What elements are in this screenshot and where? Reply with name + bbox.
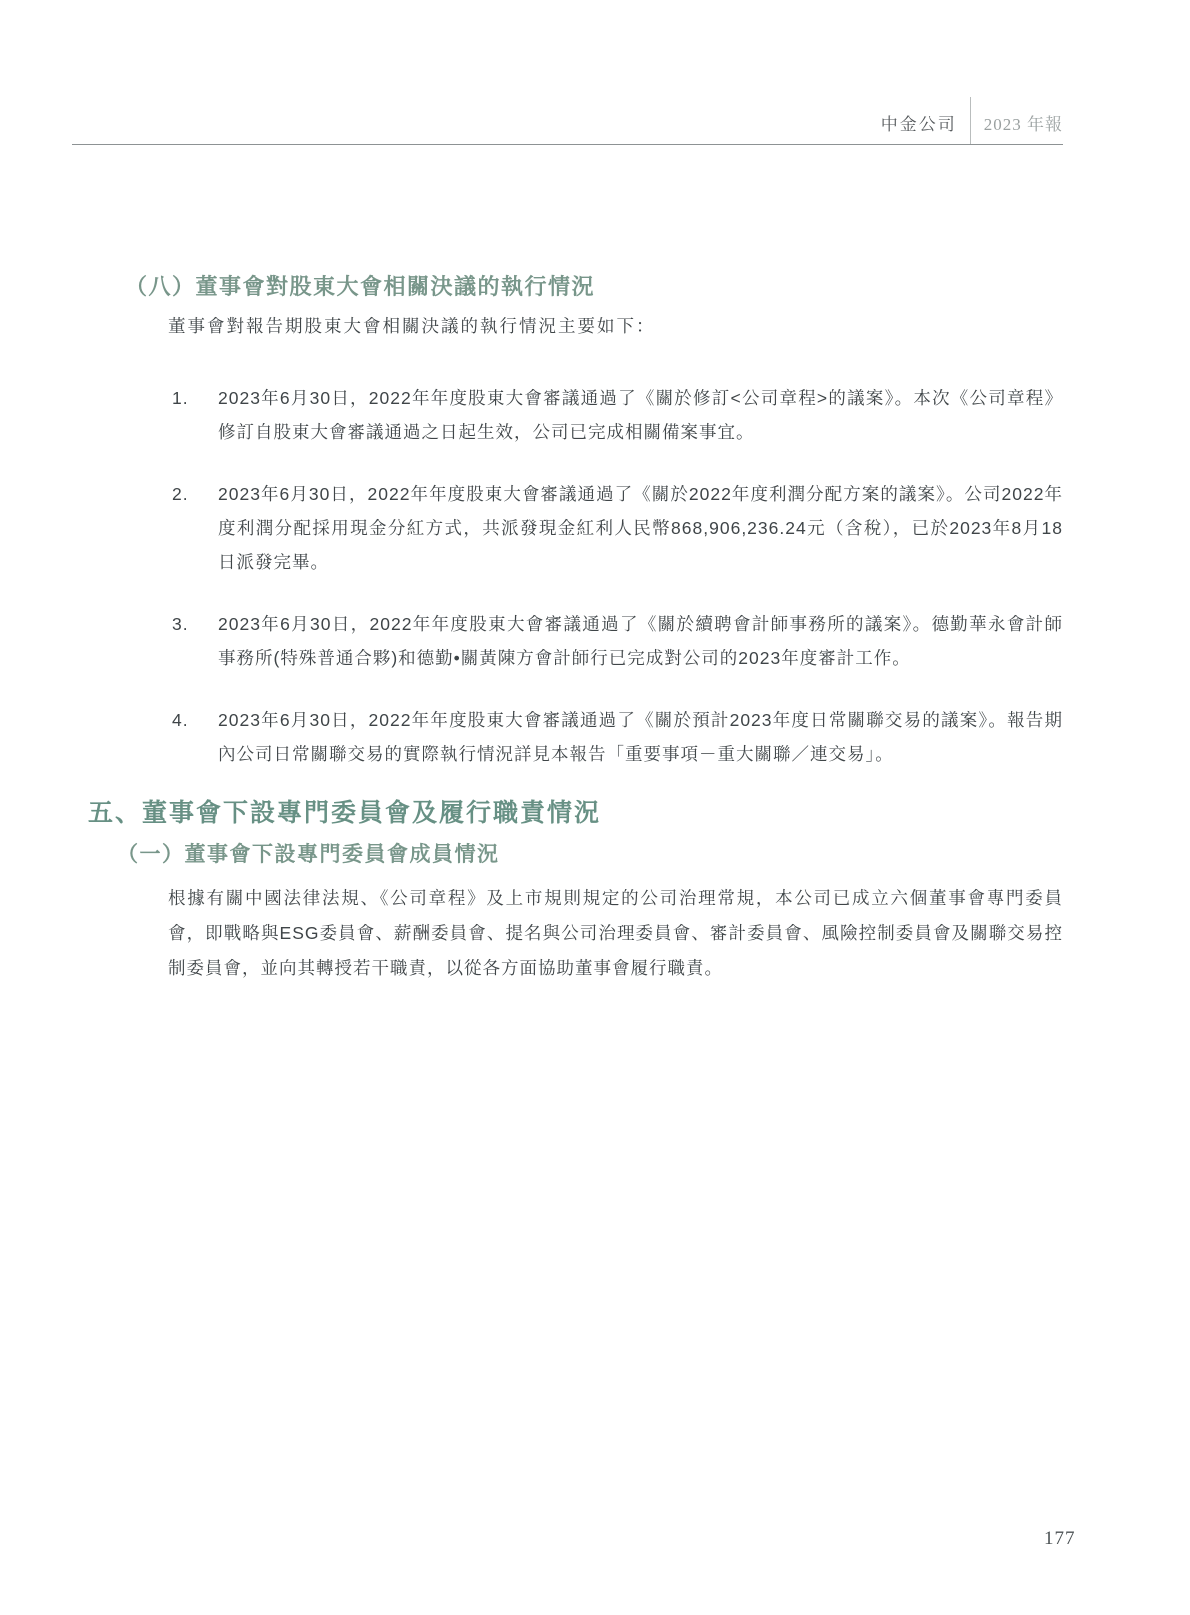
resolution-item-2: 2. 2023年6月30日，2022年年度股東大會審議通過了《關於2022年度利…: [172, 477, 1063, 579]
list-item-text: 2023年6月30日，2022年年度股東大會審議通過了《關於預計2023年度日常…: [218, 703, 1063, 771]
section-8-heading: （八）董事會對股東大會相關決議的執行情況: [125, 270, 595, 301]
resolution-list: 1. 2023年6月30日，2022年年度股東大會審議通過了《關於修訂<公司章程…: [172, 381, 1063, 799]
header-rule: [72, 144, 1063, 145]
page-number: 177: [1044, 1528, 1076, 1550]
section-8-intro: 董事會對報告期股東大會相關決議的執行情況主要如下：: [168, 313, 656, 338]
list-item-text: 2023年6月30日，2022年年度股東大會審議通過了《關於2022年度利潤分配…: [218, 477, 1063, 579]
section-5-sub1-heading: （一）董事會下設專門委員會成員情況: [117, 838, 500, 868]
committees-paragraph: 根據有關中國法律法規、《公司章程》及上市規則規定的公司治理常規，本公司已成立六個…: [168, 881, 1063, 986]
page-header: 中金公司 2023 年報: [881, 97, 1063, 144]
report-title: 2023 年報: [971, 110, 1063, 144]
resolution-item-4: 4. 2023年6月30日，2022年年度股東大會審議通過了《關於預計2023年…: [172, 703, 1063, 771]
list-item-text: 2023年6月30日，2022年年度股東大會審議通過了《關於修訂<公司章程>的議…: [218, 381, 1063, 449]
resolution-item-1: 1. 2023年6月30日，2022年年度股東大會審議通過了《關於修訂<公司章程…: [172, 381, 1063, 449]
section-5-heading: 五、董事會下設專門委員會及履行職責情況: [88, 793, 601, 829]
list-item-text: 2023年6月30日，2022年年度股東大會審議通過了《關於續聘會計師事務所的議…: [218, 607, 1063, 675]
list-item-number: 2.: [172, 477, 218, 579]
report-page: 中金公司 2023 年報 （八）董事會對股東大會相關決議的執行情況 董事會對報告…: [0, 0, 1190, 1615]
resolution-item-3: 3. 2023年6月30日，2022年年度股東大會審議通過了《關於續聘會計師事務…: [172, 607, 1063, 675]
list-item-number: 3.: [172, 607, 218, 675]
list-item-number: 1.: [172, 381, 218, 449]
company-name: 中金公司: [881, 110, 970, 144]
list-item-number: 4.: [172, 703, 218, 771]
